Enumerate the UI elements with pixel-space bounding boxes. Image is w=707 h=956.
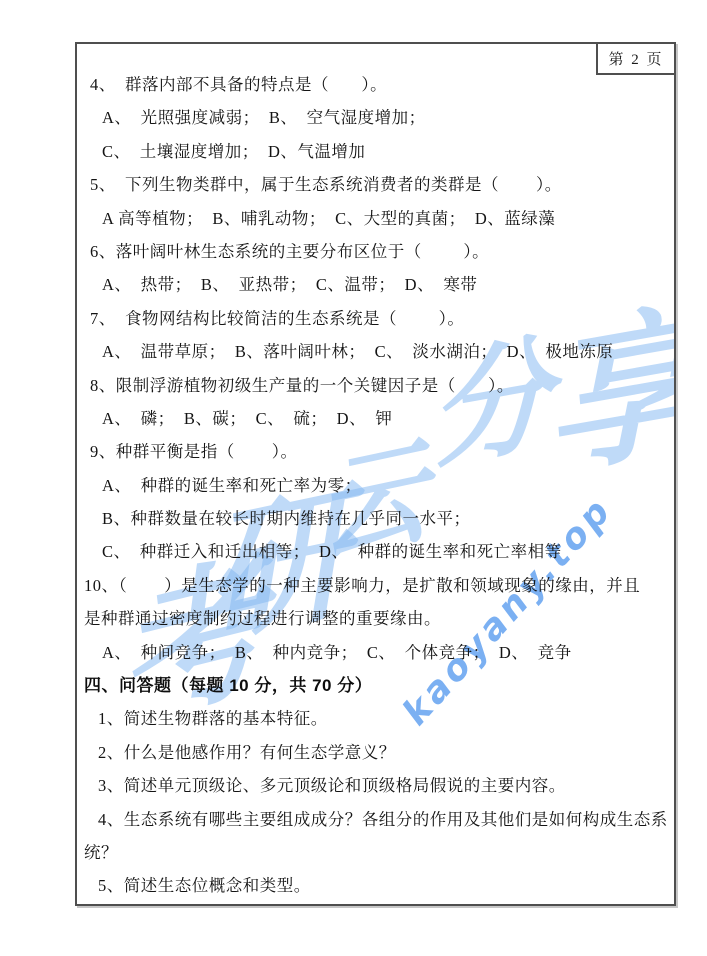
text-line: B、种群数量在较长时期内维持在几乎同一水平；: [81, 502, 672, 535]
text-line: C、 土壤湿度增加； D、气温增加: [81, 135, 672, 168]
exam-content-frame: 第 2 页 考研云分享 kaoyany.top 4、 群落内部不具备的特点是（ …: [75, 42, 676, 906]
text-line: 3、简述单元顶级论、多元顶级论和顶级格局假说的主要内容。: [81, 769, 672, 802]
text-line: A 高等植物； B、哺乳动物； C、大型的真菌； D、蓝绿藻: [81, 202, 672, 235]
text-line: 4、生态系统有哪些主要组成成分？各组分的作用及其他们是如何构成生态系: [81, 803, 672, 836]
text-line: 四、问答题（每题 10 分，共 70 分）: [81, 669, 672, 702]
text-line: 1、简述生物群落的基本特征。: [81, 702, 672, 735]
text-line: 6、落叶阔叶林生态系统的主要分布区位于（ ）。: [81, 235, 672, 268]
text-line: C、 种群迁入和迁出相等； D、 种群的诞生率和死亡率相等: [81, 535, 672, 568]
text-line: 10、（ ）是生态学的一种主要影响力，是扩散和领域现象的缘由，并且: [81, 569, 672, 602]
text-line: A、 种间竞争； B、 种内竞争； C、 个体竞争； D、 竞争: [81, 636, 672, 669]
text-line: A、 磷； B、碳； C、 硫； D、 钾: [81, 402, 672, 435]
text-line: 5、 下列生物类群中，属于生态系统消费者的类群是（ ）。: [81, 168, 672, 201]
text-line: 统？: [81, 836, 672, 869]
page-number-label: 第 2 页: [608, 48, 663, 69]
exam-text-body: 4、 群落内部不具备的特点是（ ）。A、 光照强度减弱； B、 空气湿度增加；C…: [77, 44, 674, 904]
text-line: 8、限制浮游植物初级生产量的一个关键因子是（ ）。: [81, 369, 672, 402]
page-number-box: 第 2 页: [596, 42, 676, 75]
text-line: 9、种群平衡是指（ ）。: [81, 435, 672, 468]
text-line: A、 热带； B、 亚热带； C、温带； D、 寒带: [81, 268, 672, 301]
exam-page: 第 2 页 考研云分享 kaoyany.top 4、 群落内部不具备的特点是（ …: [0, 0, 707, 956]
text-line: 是种群通过密度制约过程进行调整的重要缘由。: [81, 602, 672, 635]
text-line: 7、 食物网结构比较简洁的生态系统是（ ）。: [81, 302, 672, 335]
text-line: A、 温带草原； B、落叶阔叶林； C、 淡水湖泊； D、 极地冻原: [81, 335, 672, 368]
text-line: A、 种群的诞生率和死亡率为零；: [81, 469, 672, 502]
text-line: 4、 群落内部不具备的特点是（ ）。: [81, 68, 672, 101]
text-line: A、 光照强度减弱； B、 空气湿度增加；: [81, 101, 672, 134]
text-line: 2、什么是他感作用？有何生态学意义？: [81, 736, 672, 769]
text-line: 5、简述生态位概念和类型。: [81, 869, 672, 902]
